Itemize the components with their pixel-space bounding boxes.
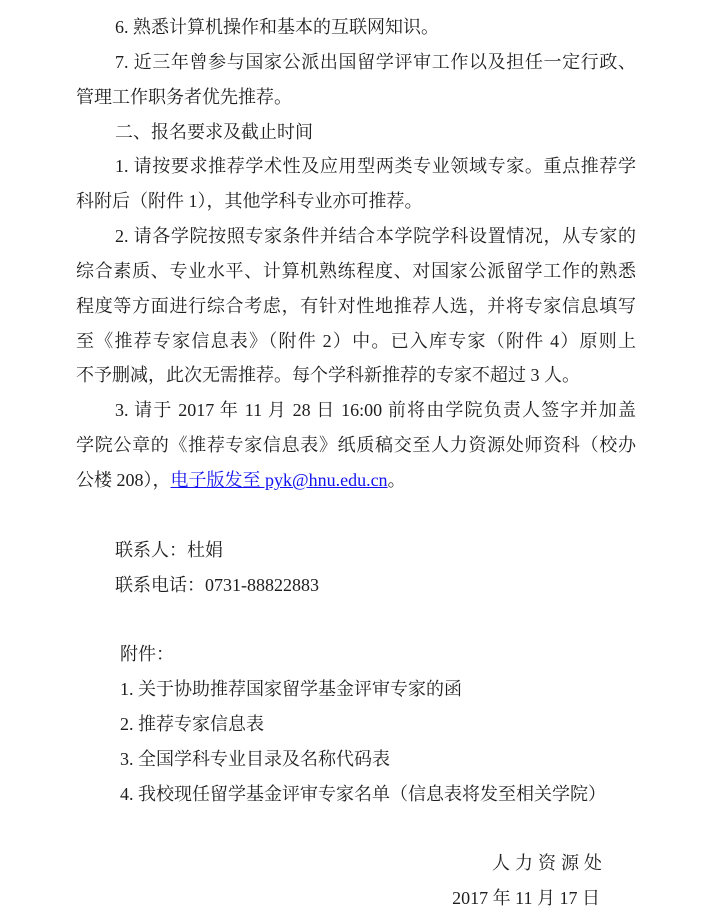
blank-line bbox=[76, 602, 636, 637]
doc-line-req-3-cont-1: 学院公章的《推荐专家信息表》纸质稿交至人力资源处师资科（校办 bbox=[76, 428, 636, 463]
attachments-heading: 附件： bbox=[76, 637, 636, 672]
doc-line-item-7: 7. 近三年曾参与国家公派出国留学评审工作以及担任一定行政、 bbox=[76, 45, 636, 80]
attachment-item-1: 1. 关于协助推荐国家留学基金评审专家的函 bbox=[76, 672, 636, 707]
doc-line-req-2: 2. 请各学院按照专家条件并结合本学院学科设置情况，从专家的 bbox=[76, 219, 636, 254]
contact-person-line: 联系人：杜娟 bbox=[76, 533, 636, 568]
doc-line-req-3-cont-2: 公楼 208），电子版发至 pyk@hnu.edu.cn。 bbox=[76, 463, 636, 498]
signature-date: 2017 年 11 月 17 日 bbox=[76, 881, 636, 916]
doc-line-req-2-cont-1: 综合素质、专业水平、计算机熟练程度、对国家公派留学工作的熟悉 bbox=[76, 254, 636, 289]
doc-line-item-6: 6. 熟悉计算机操作和基本的互联网知识。 bbox=[76, 10, 636, 45]
doc-line-req-2-cont-2: 程度等方面进行综合考虑，有针对性地推荐人选，并将专家信息填写 bbox=[76, 289, 636, 324]
attachment-item-3: 3. 全国学科专业目录及名称代码表 bbox=[76, 742, 636, 777]
attachment-item-2: 2. 推荐专家信息表 bbox=[76, 707, 636, 742]
email-line-prefix: 公楼 208）， bbox=[76, 470, 171, 490]
doc-line-req-1: 1. 请按要求推荐学术性及应用型两类专业领域专家。重点推荐学 bbox=[76, 149, 636, 184]
signature-org: 人力资源处 bbox=[76, 846, 636, 881]
email-line-suffix: 。 bbox=[388, 470, 406, 490]
doc-line-req-1-cont: 科附后（附件 1），其他学科专业亦可推荐。 bbox=[76, 184, 636, 219]
doc-line-req-2-cont-3: 至《推荐专家信息表》（附件 2）中。已入库专家（附件 4）原则上 bbox=[76, 324, 636, 359]
email-link[interactable]: 电子版发至 pyk@hnu.edu.cn bbox=[171, 470, 388, 490]
contact-phone-line: 联系电话：0731-88822883 bbox=[76, 568, 636, 603]
attachment-item-4: 4. 我校现任留学基金评审专家名单（信息表将发至相关学院） bbox=[76, 777, 636, 812]
blank-line bbox=[76, 811, 636, 846]
blank-line bbox=[76, 498, 636, 533]
doc-line-item-7-cont: 管理工作职务者优先推荐。 bbox=[76, 80, 636, 115]
doc-line-req-3: 3. 请于 2017 年 11 月 28 日 16:00 前将由学院负责人签字并… bbox=[76, 393, 636, 428]
section-heading: 二、报名要求及截止时间 bbox=[76, 115, 636, 150]
document-page: 6. 熟悉计算机操作和基本的互联网知识。 7. 近三年曾参与国家公派出国留学评审… bbox=[76, 10, 636, 916]
doc-line-req-2-cont-4: 不予删减，此次无需推荐。每个学科新推荐的专家不超过 3 人。 bbox=[76, 358, 636, 393]
